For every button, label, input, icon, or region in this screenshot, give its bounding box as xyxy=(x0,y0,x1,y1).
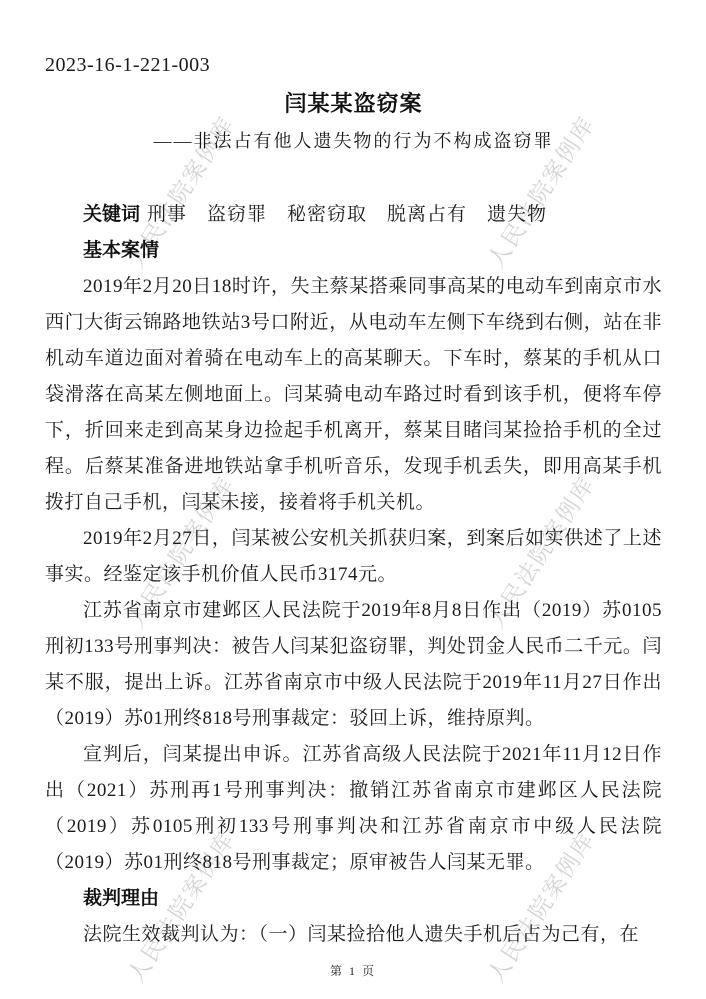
case-title: 闫某某盗窃案 xyxy=(45,87,662,118)
case-subtitle: ——非法占有他人遗失物的行为不构成盗窃罪 xyxy=(45,127,662,153)
document-page: 人民法院案例库 人民法院案例库 人民法院案例库 人民法院案例库 人民法院案例库 … xyxy=(0,0,706,999)
case-number: 2023-16-1-221-003 xyxy=(45,54,662,77)
paragraph-facts-4: 宣判后，闫某提出申诉。江苏省高级人民法院于2021年11月12日作出（2021）… xyxy=(45,737,662,881)
paragraph-facts-2: 2019年2月27日，闫某被公安机关抓获归案，到案后如实供述了上述事实。经鉴定该… xyxy=(45,521,662,593)
paragraph-reasons-1: 法院生效裁判认为：（一）闫某捡拾他人遗失手机后占为己有，在 xyxy=(45,917,662,953)
document-content: 2023-16-1-221-003 闫某某盗窃案 ——非法占有他人遗失物的行为不… xyxy=(0,54,706,953)
keywords-list: 刑事 盗窃罪 秘密窃取 脱离占有 遗失物 xyxy=(147,204,547,225)
page-number: 第 1 页 xyxy=(0,962,706,979)
section-heading-judgment-reasons: 裁判理由 xyxy=(45,881,662,917)
section-heading-basic-facts: 基本案情 xyxy=(45,233,662,269)
keywords-label: 关键词 xyxy=(83,204,140,225)
paragraph-facts-3: 江苏省南京市建邺区人民法院于2019年8月8日作出（2019）苏0105刑初13… xyxy=(45,593,662,737)
keywords-line: 关键词刑事 盗窃罪 秘密窃取 脱离占有 遗失物 xyxy=(45,197,662,233)
paragraph-facts-1: 2019年2月20日18时许，失主蔡某搭乘同事高某的电动车到南京市水西门大街云锦… xyxy=(45,269,662,521)
